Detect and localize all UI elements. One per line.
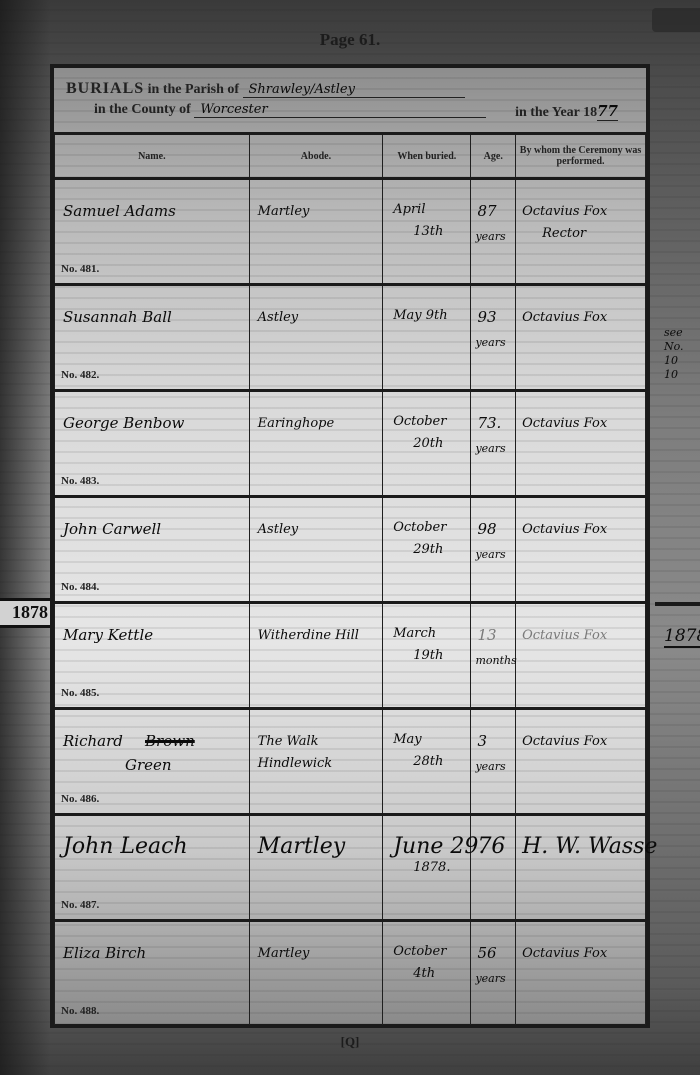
- cell-when-buried: October4th: [383, 921, 471, 1027]
- entry-date: May 9th: [393, 308, 447, 323]
- cell-when-buried: June 29.1878.: [383, 815, 471, 921]
- entry-number: No. 483.: [61, 475, 99, 487]
- entry-name: George Benbow: [63, 414, 184, 432]
- cell-age: 13months: [471, 603, 516, 709]
- year-value: 77: [597, 102, 618, 121]
- entry-age-unit: years: [475, 972, 505, 985]
- entry-abode: Martley: [258, 204, 310, 219]
- cell-by-whom: Octavius Fox: [516, 921, 646, 1027]
- cell-when-buried: May 9th: [383, 285, 471, 391]
- entry-abode: Astley: [258, 522, 298, 537]
- cell-name: Mary KettleNo. 485.: [55, 603, 250, 709]
- entry-age: 76: [477, 834, 505, 859]
- entry-name: Mary Kettle: [63, 626, 153, 644]
- entry-number: No. 484.: [61, 581, 99, 593]
- entry-date: October: [393, 414, 446, 429]
- entry-date: March: [393, 626, 436, 641]
- burials-table: Name. Abode. When buried. Age. By whom t…: [54, 132, 646, 1028]
- entry-date-line2: 29th: [413, 542, 443, 557]
- margin-rule-right: [655, 602, 700, 606]
- table-row: Eliza BirchNo. 488.MartleyOctober4th56ye…: [55, 921, 646, 1027]
- cell-age: 73.years: [471, 391, 516, 497]
- entry-name: Eliza Birch: [63, 944, 146, 962]
- cell-by-whom: H. W. Wasse: [516, 815, 646, 921]
- entry-date: October: [393, 520, 446, 535]
- column-header-by-whom: By whom the Ceremony was performed.: [516, 134, 646, 179]
- cell-abode: Martley: [249, 179, 383, 285]
- entry-officiant: Octavius Fox: [522, 628, 607, 643]
- entry-age-unit: years: [475, 760, 505, 773]
- cell-name: Susannah BallNo. 482.: [55, 285, 250, 391]
- cell-by-whom: Octavius Fox: [516, 285, 646, 391]
- cell-when-buried: October20th: [383, 391, 471, 497]
- entry-date-line2: 28th: [413, 754, 443, 769]
- entry-name-line2: Green: [125, 756, 172, 774]
- entry-officiant-title: Rector: [542, 226, 586, 241]
- entry-abode: Earinghope: [258, 416, 335, 431]
- cell-age: 93years: [471, 285, 516, 391]
- cell-name: John CarwellNo. 484.: [55, 497, 250, 603]
- cell-name: Samuel AdamsNo. 481.: [55, 179, 250, 285]
- entry-age: 98: [477, 520, 496, 538]
- cell-when-buried: May28th: [383, 709, 471, 815]
- register-heading: BURIALS in the Parish of Shrawley/Astley…: [60, 72, 640, 132]
- cell-by-whom: Octavius Fox: [516, 391, 646, 497]
- entry-abode: Martley: [258, 834, 345, 859]
- entry-age: 87: [477, 202, 496, 220]
- cell-age: 98years: [471, 497, 516, 603]
- table-row: Mary KettleNo. 485.Witherdine HillMarch1…: [55, 603, 646, 709]
- entry-number: No. 488.: [61, 1005, 99, 1017]
- year-label: in the Year 18: [515, 105, 597, 120]
- entry-date: October: [393, 944, 446, 959]
- entry-officiant: Octavius Fox: [522, 734, 607, 749]
- entry-date-line2: 19th: [413, 648, 443, 663]
- entry-name: Susannah Ball: [63, 308, 172, 326]
- table-row: RichardBrownGreenNo. 486.The WalkHindlew…: [55, 709, 646, 815]
- entry-age-unit: months: [475, 654, 516, 667]
- column-header-when-buried: When buried.: [383, 134, 471, 179]
- table-row: John LeachNo. 487.MartleyJune 29.1878.76…: [55, 815, 646, 921]
- page-shadow: [0, 0, 50, 1075]
- entry-age: 93: [477, 308, 496, 326]
- heading-year: in the Year 1877: [515, 102, 618, 121]
- cell-abode: Astley: [249, 497, 383, 603]
- entry-number: No. 481.: [61, 263, 99, 275]
- cell-abode: Earinghope: [249, 391, 383, 497]
- column-header-age: Age.: [471, 134, 516, 179]
- cell-when-buried: April13th: [383, 179, 471, 285]
- footer-mark: [Q]: [0, 1034, 700, 1050]
- county-value: Worcester: [194, 102, 486, 118]
- cell-age: 3years: [471, 709, 516, 815]
- margin-year-right: 1878: [664, 626, 700, 648]
- margin-note-right: see No. 10 10: [664, 326, 700, 382]
- cell-abode: The WalkHindlewick: [249, 709, 383, 815]
- margin-year-left: 1878: [0, 598, 52, 628]
- table-row: John CarwellNo. 484.AstleyOctober29th98y…: [55, 497, 646, 603]
- entry-name: John Leach: [63, 834, 188, 859]
- table-row: George BenbowNo. 483.EaringhopeOctober20…: [55, 391, 646, 497]
- entry-date-line2: 4th: [413, 966, 435, 981]
- cell-age: 87years: [471, 179, 516, 285]
- burial-register: BURIALS in the Parish of Shrawley/Astley…: [50, 64, 650, 1028]
- entry-name: Samuel Adams: [63, 202, 176, 220]
- cell-by-whom: Octavius Fox: [516, 709, 646, 815]
- cell-when-buried: October29th: [383, 497, 471, 603]
- table-row: Samuel AdamsNo. 481.MartleyApril13th87ye…: [55, 179, 646, 285]
- entry-officiant: H. W. Wasse: [522, 834, 657, 859]
- entry-officiant: Octavius Fox: [522, 522, 607, 537]
- entry-name: Richard: [63, 732, 123, 750]
- entry-age-unit: years: [475, 230, 505, 243]
- entry-age-unit: years: [475, 442, 505, 455]
- entry-number: No. 487.: [61, 899, 99, 911]
- cell-abode: Martley: [249, 815, 383, 921]
- entry-date-line2: 13th: [413, 224, 443, 239]
- entry-officiant: Octavius Fox: [522, 416, 607, 431]
- entry-date: May: [393, 732, 421, 747]
- entry-age-unit: years: [475, 336, 505, 349]
- cell-age: 76: [471, 815, 516, 921]
- cell-abode: Martley: [249, 921, 383, 1027]
- cell-by-whom: Octavius Fox: [516, 497, 646, 603]
- column-header-name: Name.: [55, 134, 250, 179]
- page-number: Page 61.: [0, 30, 700, 50]
- cell-age: 56years: [471, 921, 516, 1027]
- table-row: Susannah BallNo. 482.AstleyMay 9th93year…: [55, 285, 646, 391]
- parish-label: in the Parish of: [148, 82, 239, 97]
- cell-abode: Astley: [249, 285, 383, 391]
- entry-abode: Martley: [258, 946, 310, 961]
- entry-abode: The Walk: [258, 734, 319, 749]
- entry-officiant: Octavius Fox: [522, 310, 607, 325]
- entry-abode: Witherdine Hill: [258, 628, 359, 643]
- entry-officiant: Octavius Fox: [522, 204, 607, 219]
- entry-age: 13: [477, 626, 496, 644]
- corner-tab: [652, 8, 700, 32]
- cell-abode: Witherdine Hill: [249, 603, 383, 709]
- cell-name: Eliza BirchNo. 488.: [55, 921, 250, 1027]
- cell-by-whom: Octavius FoxRector: [516, 179, 646, 285]
- entry-number: No. 486.: [61, 793, 99, 805]
- entry-date: April: [393, 202, 425, 217]
- cell-name: RichardBrownGreenNo. 486.: [55, 709, 250, 815]
- entry-number: No. 485.: [61, 687, 99, 699]
- margin-note-line: see: [664, 326, 700, 340]
- margin-note-line: 10: [664, 368, 700, 382]
- entry-date-line2: 1878.: [413, 860, 450, 875]
- entry-age-unit: years: [475, 548, 505, 561]
- heading-county-line: in the County of Worcester: [94, 102, 486, 118]
- entry-age: 3: [477, 732, 487, 750]
- cell-by-whom: Octavius Fox: [516, 603, 646, 709]
- entry-number: No. 482.: [61, 369, 99, 381]
- entry-name-struck: Brown: [145, 732, 195, 750]
- table-header-row: Name. Abode. When buried. Age. By whom t…: [55, 134, 646, 179]
- cell-when-buried: March19th: [383, 603, 471, 709]
- parish-value: Shrawley/Astley: [243, 82, 465, 98]
- heading-title: BURIALS: [66, 80, 144, 97]
- entry-age: 73.: [477, 414, 501, 432]
- cell-name: John LeachNo. 487.: [55, 815, 250, 921]
- entry-name: John Carwell: [63, 520, 161, 538]
- entry-officiant: Octavius Fox: [522, 946, 607, 961]
- cell-name: George BenbowNo. 483.: [55, 391, 250, 497]
- heading-parish-line: BURIALS in the Parish of Shrawley/Astley: [66, 80, 465, 98]
- margin-note-line: No. 10: [664, 340, 700, 368]
- column-header-abode: Abode.: [249, 134, 383, 179]
- entry-abode-line2: Hindlewick: [258, 756, 332, 771]
- entry-date-line2: 20th: [413, 436, 443, 451]
- entry-age: 56: [477, 944, 496, 962]
- entry-abode: Astley: [258, 310, 298, 325]
- county-label: in the County of: [94, 102, 191, 117]
